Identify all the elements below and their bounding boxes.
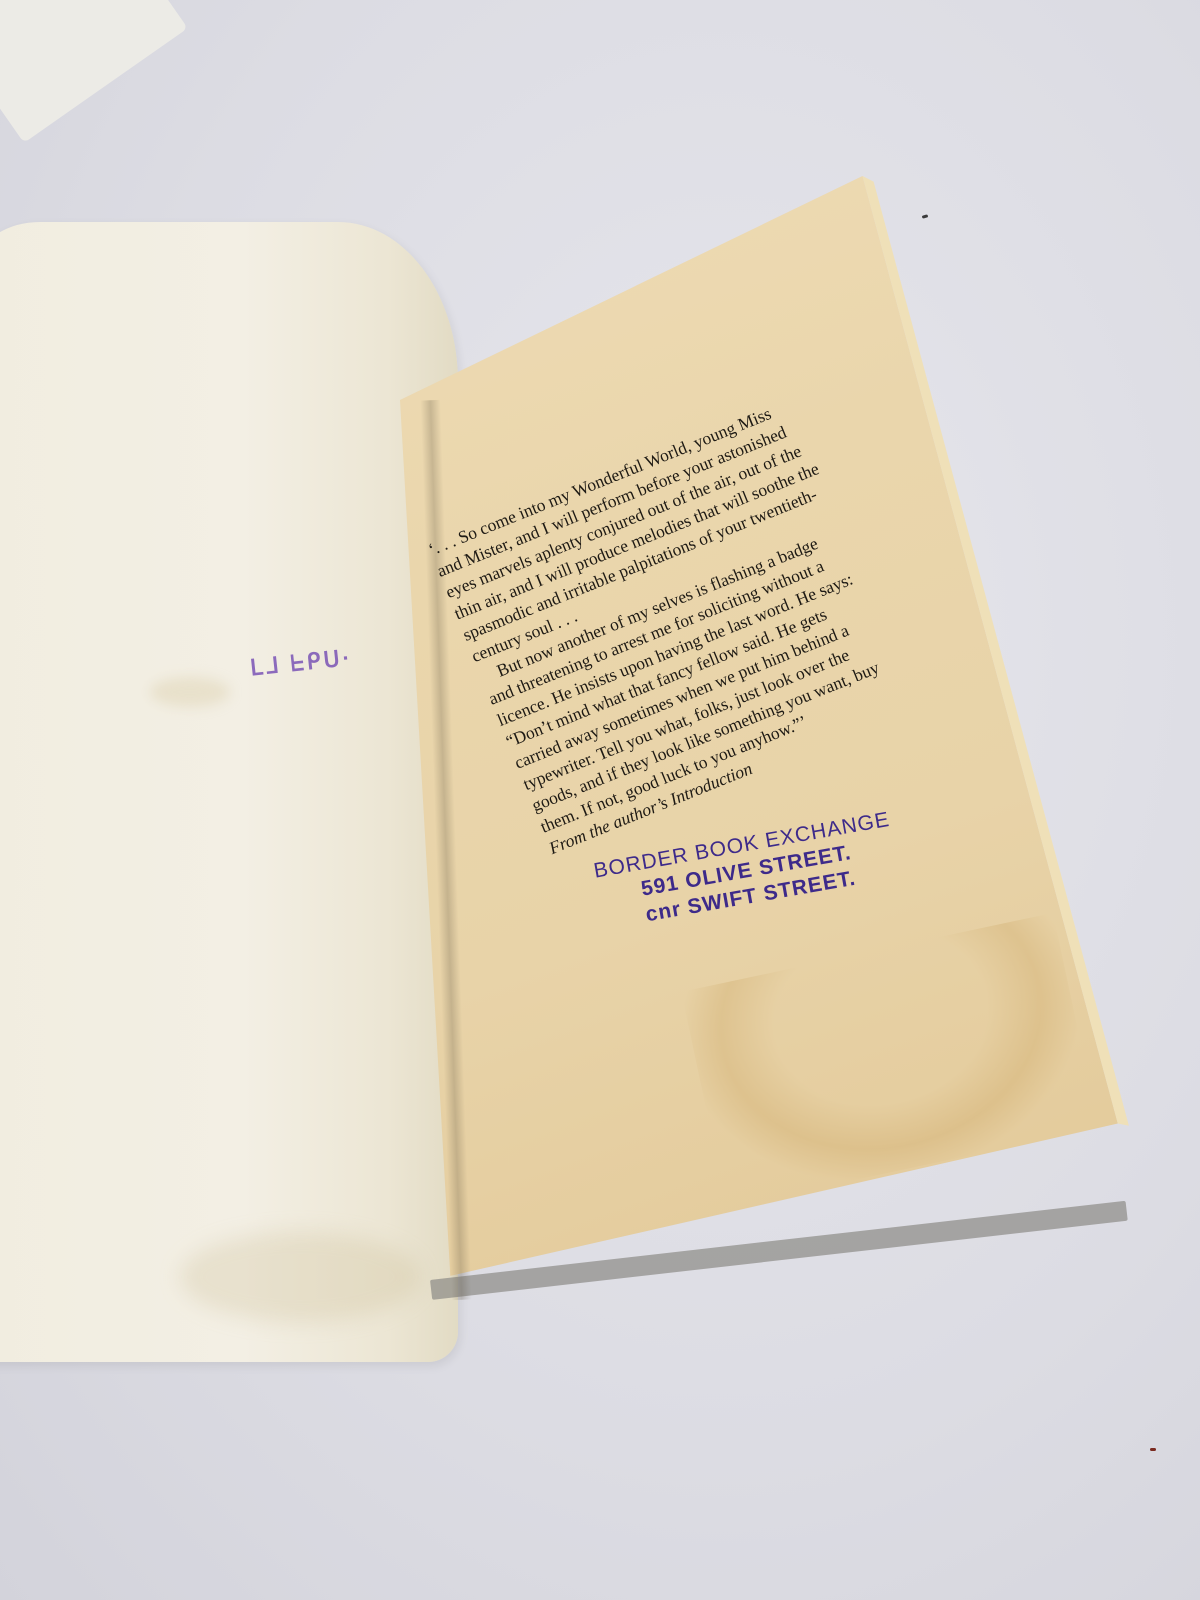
open-book: ᒪᒧ ᖶᑭᑌ· ‘. . . So come into my Wonderful… (0, 0, 1200, 1600)
page-stain (180, 1232, 420, 1322)
page-stain (150, 677, 230, 707)
left-page (0, 222, 458, 1362)
dust-speck (1150, 1448, 1156, 1451)
